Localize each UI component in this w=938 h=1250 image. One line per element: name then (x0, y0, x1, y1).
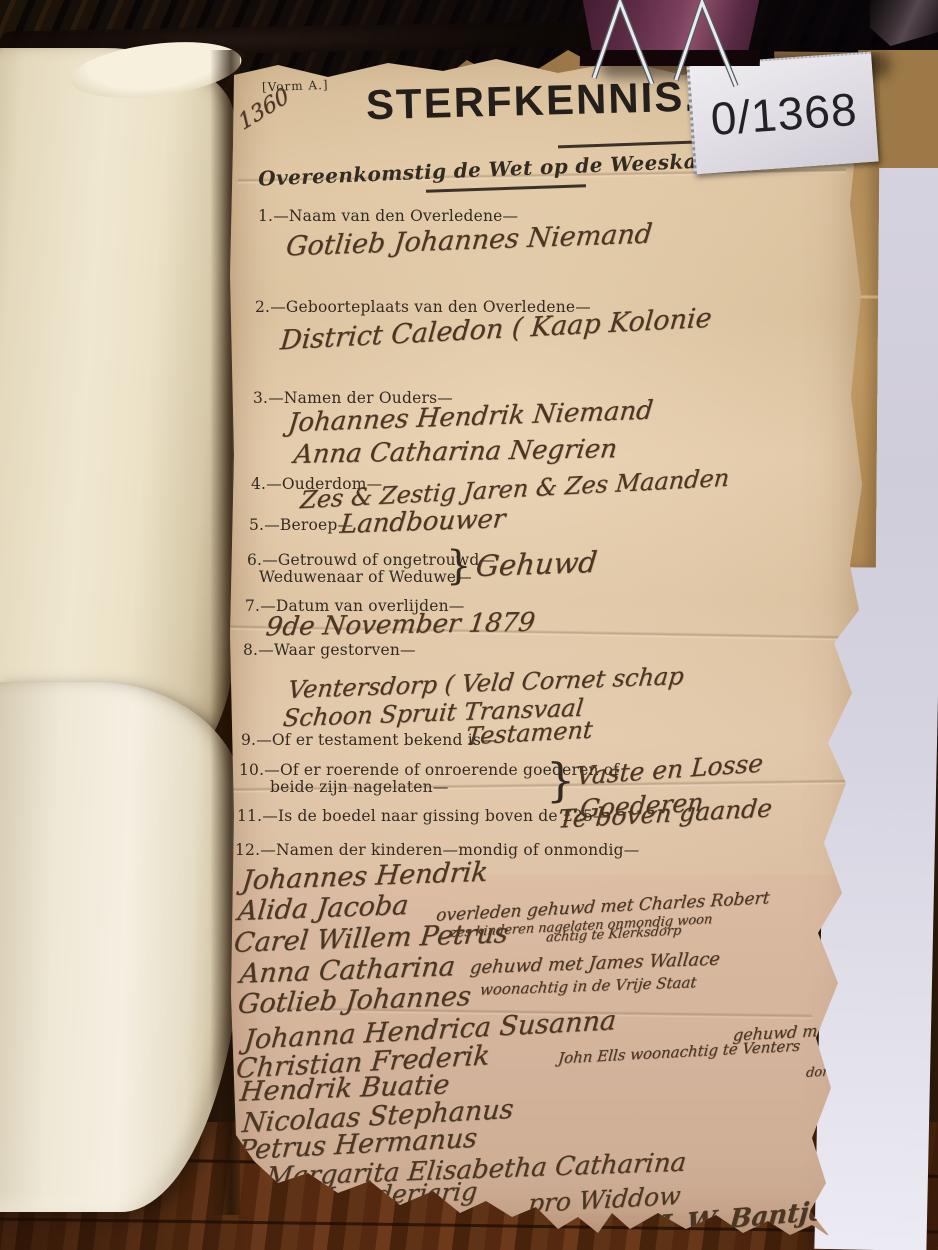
field-4-value: Zes & Zestig Jaren & Zes Maanden (299, 464, 730, 515)
field-12-label: 12.—Namen der kinderen—mondig of onmondi… (235, 841, 639, 859)
field-6-value: Gehuwd (474, 545, 599, 583)
child-name-2: Alida Jacoba (236, 890, 410, 927)
field-5-value: Landbouwer (338, 504, 506, 540)
field-10-label-line2: beide zijn nagelaten— (270, 778, 449, 796)
subtitle-underline (426, 184, 586, 192)
field-10-brace: } (546, 753, 575, 807)
death-notice-document: [Vorm A.] 1360 STERFKENNIS. Overeenkomst… (228, 55, 868, 1235)
field-11-label: 11.—Is de boedel naar gissing boven de £… (237, 807, 609, 825)
field-5-label: 5.—Beroep— (249, 516, 353, 534)
title-underline (558, 141, 693, 148)
field-9-value: Testament (465, 716, 594, 751)
field-1-label: 1.—Naam van den Overledene— (258, 207, 518, 225)
field-7-value: 9de November 1879 (264, 608, 537, 643)
field-1-value: Gotlieb Johannes Niemand (284, 219, 653, 263)
archive-photo: [Vorm A.] 1360 STERFKENNIS. Overeenkomst… (0, 0, 938, 1250)
field-9-label: 9.—Of er testament bekend is— (241, 731, 497, 749)
field-8-label: 8.—Waar gestorven— (243, 641, 416, 659)
field-6-brace: } (446, 543, 472, 589)
binder-clip-wire-handles-icon (570, 0, 775, 92)
field-6-label-line2: Weduwenaar of Weduwe— (259, 568, 472, 586)
field-3-value-2: Anna Catharina Negrien (292, 434, 619, 470)
